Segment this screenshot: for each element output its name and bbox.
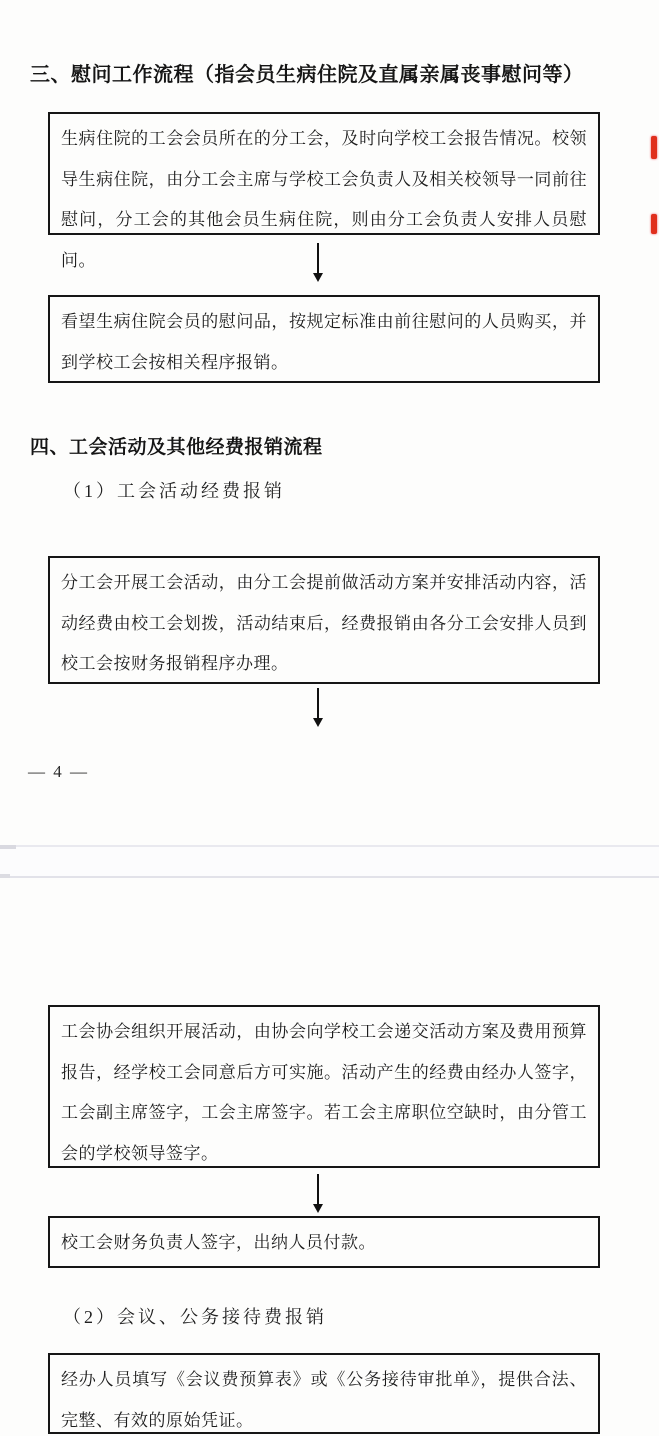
flow-box-text: 工会协会组织开展活动，由协会向学校工会递交活动方案及费用预算报告，经学校工会同意… xyxy=(50,1007,598,1174)
subsection-heading-meeting-reception-expense: （2）会议、公务接待费报销 xyxy=(63,1303,327,1329)
arrow-stem xyxy=(317,688,319,718)
flow-down-arrow-icon xyxy=(311,688,325,727)
flow-box-association-activity: 工会协会组织开展活动，由协会向学校工会递交活动方案及费用预算报告，经学校工会同意… xyxy=(48,1005,600,1168)
arrow-head xyxy=(313,718,323,727)
red-pen-mark xyxy=(651,214,657,234)
flow-box-gift-purchase: 看望生病住院会员的慰问品，按规定标准由前往慰问的人员购买，并到学校工会按相关程序… xyxy=(48,295,600,383)
flow-box-text: 分工会开展工会活动，由分工会提前做活动方案并安排活动内容，活动经费由校工会划拨，… xyxy=(50,558,598,685)
section-heading-consolation-workflow: 三、慰问工作流程（指会员生病住院及直属亲属丧事慰问等） xyxy=(30,58,584,87)
scan-smudge xyxy=(0,845,16,849)
page-number: — 4 — xyxy=(28,762,89,782)
arrow-head xyxy=(313,1204,323,1213)
flow-box-text: 经办人员填写《会议费预算表》或《公务接待审批单》，提供合法、完整、有效的原始凭证… xyxy=(50,1355,598,1436)
scanned-document-page: 三、慰问工作流程（指会员生病住院及直属亲属丧事慰问等） 生病住院的工会会员所在的… xyxy=(0,0,659,1436)
page-break-separator xyxy=(0,845,659,878)
arrow-stem xyxy=(317,243,319,273)
flow-box-text: 看望生病住院会员的慰问品，按规定标准由前往慰问的人员购买，并到学校工会按相关程序… xyxy=(50,297,598,383)
flow-box-text: 校工会财务负责人签字，出纳人员付款。 xyxy=(50,1218,598,1264)
arrow-head xyxy=(313,273,323,282)
flow-box-branch-activity: 分工会开展工会活动，由分工会提前做活动方案并安排活动内容，活动经费由校工会划拨，… xyxy=(48,556,600,684)
flow-down-arrow-icon xyxy=(311,243,325,282)
flow-box-illness-report: 生病住院的工会会员所在的分工会，及时向学校工会报告情况。校领导生病住院，由分工会… xyxy=(48,112,600,235)
subsection-heading-activity-expense: （1）工会活动经费报销 xyxy=(63,477,285,503)
red-pen-mark xyxy=(651,136,657,159)
flow-box-budget-form: 经办人员填写《会议费预算表》或《公务接待审批单》，提供合法、完整、有效的原始凭证… xyxy=(48,1353,600,1434)
section-heading-activity-reimbursement: 四、工会活动及其他经费报销流程 xyxy=(30,432,323,459)
flow-down-arrow-icon xyxy=(311,1174,325,1213)
arrow-stem xyxy=(317,1174,319,1204)
scan-smudge xyxy=(0,874,10,878)
flow-box-finance-sign: 校工会财务负责人签字，出纳人员付款。 xyxy=(48,1216,600,1268)
